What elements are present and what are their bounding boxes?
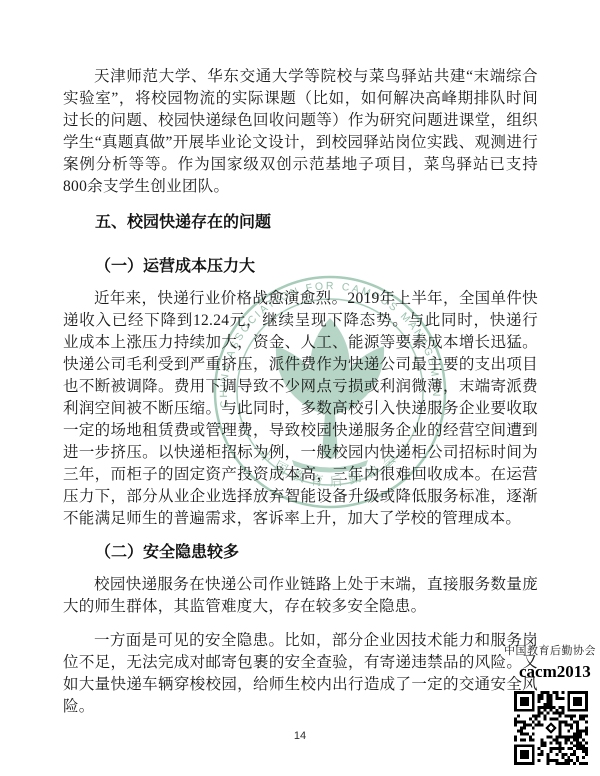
paragraph-campus-labs: 天津师范大学、华东交通大学等院校与菜鸟驿站共建“末端综合实验室”，将校园物流的实… (63, 66, 538, 198)
page-number: 14 (0, 730, 600, 742)
document-page: CHINA ASSOCIATION FOR CAMPUS MANAGEMENT … (0, 0, 600, 776)
paragraph-safety-overview: 校园快递服务在快递公司作业链路上处于末端，直接服务数量庞大的师生群体，其监管难度… (63, 574, 538, 618)
document-body: 天津师范大学、华东交通大学等院校与菜鸟驿站共建“末端综合实验室”，将校园物流的实… (63, 66, 538, 718)
subsection-heading-safety-risks: （二）安全隐患较多 (63, 542, 538, 564)
subsection-heading-operating-cost: （一）运营成本压力大 (63, 256, 538, 278)
stamp-account-id: cacm2013 (519, 661, 591, 683)
paragraph-visible-risks: 一方面是可见的安全隐患。比如，部分企业因技术能力和服务岗位不足，无法完成对邮寄包… (63, 630, 538, 718)
stamp-org-name: 中国教育后勤协会 (504, 644, 596, 658)
section-heading-problems: 五、校园快递存在的问题 (63, 212, 538, 234)
paragraph-operating-cost: 近年来，快递行业价格战愈演愈烈。2019年上半年，全国单件快递收入已经下降到12… (63, 288, 538, 530)
qr-code (514, 691, 588, 765)
